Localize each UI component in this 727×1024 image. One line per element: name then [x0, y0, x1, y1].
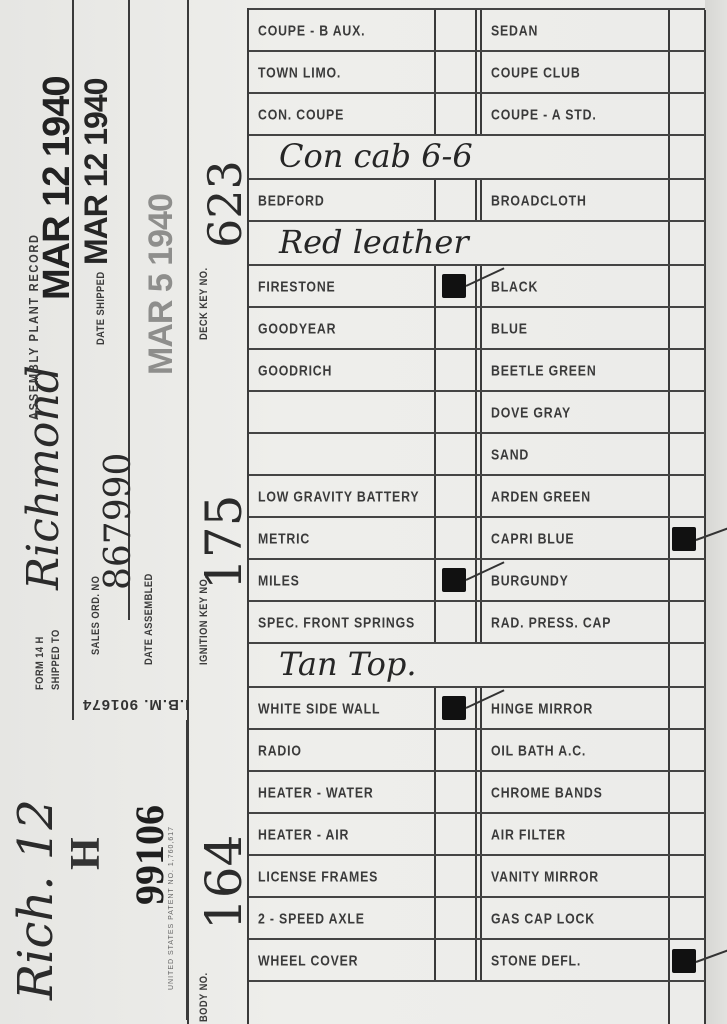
card-edge [705, 0, 727, 1024]
option-row: 2 - SPEED AXLEGAS CAP LOCK [249, 896, 705, 940]
option-label-left: COUPE - B AUX. [258, 23, 365, 40]
option-label-right: CAPRI BLUE [491, 531, 574, 548]
handwritten-plant-code: Rich. 12 [8, 799, 64, 1000]
column-rule [480, 266, 482, 308]
handwritten-row: Tan Top. [249, 642, 705, 688]
option-row: LOW GRAVITY BATTERYARDEN GREEN [249, 474, 705, 518]
column-rule [475, 688, 477, 730]
column-rule [480, 602, 482, 644]
column-rule [480, 180, 482, 222]
column-rule [480, 688, 482, 730]
column-rule [668, 136, 670, 180]
option-checkbox-right[interactable] [670, 434, 705, 476]
column-rule [480, 94, 482, 136]
column-rule [704, 222, 706, 266]
option-checkbox-left[interactable] [436, 814, 475, 856]
option-checkbox-right[interactable] [670, 308, 705, 350]
option-row: FIRESTONEBLACK [249, 264, 705, 308]
column-rule [668, 392, 670, 434]
option-label-right: COUPE - A STD. [491, 107, 597, 124]
option-checkbox-left[interactable] [436, 772, 475, 814]
option-checkbox-left[interactable] [436, 392, 475, 434]
deck-key-value: 623 [198, 160, 252, 248]
column-rule [480, 772, 482, 814]
option-label-right: CHROME BANDS [491, 785, 603, 802]
option-label-left: TOWN LIMO. [258, 65, 341, 82]
column-rule [475, 350, 477, 392]
option-label-right: ARDEN GREEN [491, 489, 591, 506]
column-rule [704, 350, 706, 392]
column-rule [704, 52, 706, 94]
option-checkbox-right[interactable] [670, 94, 705, 136]
column-rule [668, 180, 670, 222]
option-label-left: GOODYEAR [258, 321, 336, 338]
option-checkbox-left[interactable] [436, 602, 475, 644]
option-row: GOODYEARBLUE [249, 306, 705, 350]
column-rule [480, 814, 482, 856]
column-rule [704, 644, 706, 688]
date-shipped-label: DATE SHIPPED [95, 271, 107, 345]
series-letter: H [62, 838, 110, 870]
column-rule [704, 898, 706, 940]
option-checkbox-right[interactable] [670, 730, 705, 772]
option-checkbox-left[interactable] [436, 350, 475, 392]
option-checkbox-left[interactable] [436, 688, 475, 730]
option-checkbox-right[interactable] [670, 518, 705, 560]
column-rule [480, 730, 482, 772]
column-rule [704, 94, 706, 136]
column-rule [704, 940, 706, 982]
column-rule [704, 982, 706, 1024]
option-label-left: METRIC [258, 531, 310, 548]
column-rule [475, 602, 477, 644]
option-label-left: CON. COUPE [258, 107, 344, 124]
option-checkbox-right[interactable] [670, 688, 705, 730]
column-rule [704, 10, 706, 52]
option-label-right: BLACK [491, 279, 538, 296]
option-label-right: BLUE [491, 321, 528, 338]
body-no-label: BODY NO. [198, 973, 210, 1022]
handwritten-row: Con cab 6-6 [249, 134, 705, 180]
column-rule [480, 940, 482, 982]
option-checkbox-left[interactable] [436, 434, 475, 476]
column-rule [475, 814, 477, 856]
option-checkbox-left[interactable] [436, 730, 475, 772]
form-number-label: FORM 14 H [34, 636, 46, 690]
option-label-right: BROADCLOTH [491, 193, 587, 210]
date-assembled-stamp: MAR 5 1940 [142, 194, 181, 375]
column-rule [668, 982, 670, 1024]
column-rule [475, 266, 477, 308]
option-checkbox-right[interactable] [670, 180, 705, 222]
deck-key-label: DECK KEY NO. [198, 268, 210, 340]
option-row: HEATER - WATERCHROME BANDS [249, 770, 705, 814]
column-rule [475, 476, 477, 518]
column-rule [475, 730, 477, 772]
option-checkbox-right[interactable] [670, 602, 705, 644]
column-rule [704, 434, 706, 476]
column-rule [668, 560, 670, 602]
option-row: WHITE SIDE WALLHINGE MIRROR [249, 686, 705, 730]
option-label-right: DOVE GRAY [491, 405, 571, 422]
option-row: CON. COUPECOUPE - A STD. [249, 92, 705, 136]
column-rule [475, 940, 477, 982]
option-row: MILESBURGUNDY [249, 558, 705, 602]
column-rule [475, 898, 477, 940]
column-rule [704, 814, 706, 856]
option-checkbox-right[interactable] [670, 940, 705, 982]
option-row: RADIOOIL BATH A.C. [249, 728, 705, 772]
option-checkbox-right[interactable] [670, 52, 705, 94]
option-checkbox-right[interactable] [670, 476, 705, 518]
ignition-key-value: 175 [195, 495, 253, 590]
option-checkbox-left[interactable] [436, 180, 475, 222]
column-rule [668, 940, 670, 982]
option-checkbox-left[interactable] [436, 940, 475, 982]
option-label-right: GAS CAP LOCK [491, 911, 595, 928]
option-label-right: OIL BATH A.C. [491, 743, 586, 760]
check-mark-icon [442, 274, 466, 298]
check-mark-icon [442, 568, 466, 592]
column-rule [480, 52, 482, 94]
column-rule [475, 772, 477, 814]
column-rule [668, 602, 670, 644]
option-checkbox-left[interactable] [436, 856, 475, 898]
ibm-number: I.B.M. 901674 [82, 696, 189, 713]
column-rule [668, 52, 670, 94]
option-label-right: SEDAN [491, 23, 538, 40]
option-checkbox-left[interactable] [436, 266, 475, 308]
column-rule [475, 856, 477, 898]
option-checkbox-left[interactable] [436, 308, 475, 350]
column-rule [704, 560, 706, 602]
option-label-left: FIRESTONE [258, 279, 336, 296]
column-rule [668, 10, 670, 52]
check-mark-icon [672, 527, 696, 551]
option-row: GOODRICHBEETLE GREEN [249, 348, 705, 392]
shipped-to-label: SHIPPED TO [50, 629, 62, 690]
column-rule [480, 560, 482, 602]
column-rule [704, 730, 706, 772]
option-label-left: HEATER - WATER [258, 785, 374, 802]
check-mark-icon [442, 696, 466, 720]
option-checkbox-right[interactable] [670, 898, 705, 940]
option-checkbox-left[interactable] [436, 898, 475, 940]
sales-order-value: 867990 [98, 453, 139, 590]
column-rule [475, 180, 477, 222]
column-rule [668, 308, 670, 350]
column-rule [668, 94, 670, 136]
column-rule [668, 222, 670, 266]
column-rule [475, 518, 477, 560]
option-checkbox-right[interactable] [670, 10, 705, 52]
column-rule [480, 856, 482, 898]
handwritten-note: Red leather [279, 223, 469, 261]
column-rule [668, 266, 670, 308]
option-label-right: BEETLE GREEN [491, 363, 597, 380]
column-rule [475, 94, 477, 136]
date-assembled-label: DATE ASSEMBLED [143, 573, 155, 665]
option-checkbox-right[interactable] [670, 560, 705, 602]
column-rule [668, 434, 670, 476]
option-row: COUPE - B AUX.SEDAN [249, 8, 705, 52]
option-row: TOWN LIMO.COUPE CLUB [249, 50, 705, 94]
column-rule [668, 772, 670, 814]
column-rule [480, 350, 482, 392]
option-label-right: BURGUNDY [491, 573, 569, 590]
option-row: LICENSE FRAMESVANITY MIRROR [249, 854, 705, 898]
option-checkbox-right[interactable] [670, 266, 705, 308]
option-label-left: LICENSE FRAMES [258, 869, 378, 886]
option-checkbox-right[interactable] [670, 772, 705, 814]
column-rule [475, 308, 477, 350]
option-label-left: WHEEL COVER [258, 953, 358, 970]
option-row: DOVE GRAY [249, 390, 705, 434]
option-row: WHEEL COVERSTONE DEFL. [249, 938, 705, 982]
column-rule [475, 392, 477, 434]
option-row: HEATER - AIRAIR FILTER [249, 812, 705, 856]
column-rule [480, 392, 482, 434]
column-rule [668, 730, 670, 772]
option-checkbox-right[interactable] [670, 350, 705, 392]
column-rule [704, 136, 706, 180]
column-rule [668, 688, 670, 730]
option-label-right: AIR FILTER [491, 827, 566, 844]
option-checkbox-left[interactable] [436, 52, 475, 94]
column-rule [704, 392, 706, 434]
column-rule [704, 518, 706, 560]
option-checkbox-right[interactable] [670, 814, 705, 856]
option-label-left: BEDFORD [258, 193, 325, 210]
option-label-right: COUPE CLUB [491, 65, 581, 82]
body-no-value: 164 [195, 835, 253, 930]
handwritten-note: Con cab 6-6 [279, 137, 473, 175]
column-rule [704, 772, 706, 814]
column-rule [704, 856, 706, 898]
option-label-right: HINGE MIRROR [491, 701, 593, 718]
option-row: BEDFORDBROADCLOTH [249, 178, 705, 222]
option-label-right: RAD. PRESS. CAP [491, 615, 611, 632]
column-rule [668, 350, 670, 392]
column-rule [704, 602, 706, 644]
column-rule [704, 266, 706, 308]
option-label-left: WHITE SIDE WALL [258, 701, 380, 718]
option-checkbox-right[interactable] [670, 392, 705, 434]
serial-number: 99106 [126, 805, 173, 905]
option-label-left: GOODRICH [258, 363, 332, 380]
column-rule [668, 898, 670, 940]
column-rule [668, 476, 670, 518]
column-rule [480, 518, 482, 560]
option-label-left: 2 - SPEED AXLE [258, 911, 365, 928]
patent-text: UNITED STATES PATENT NO. 1,760,617 [168, 826, 175, 990]
column-rule [668, 644, 670, 688]
column-rule [475, 434, 477, 476]
option-row: SAND [249, 432, 705, 476]
column-rule [480, 476, 482, 518]
date-shipped-stamp-2: MAR 12 1940 [78, 79, 115, 265]
blank-row [249, 980, 705, 1024]
option-checkbox-left[interactable] [436, 518, 475, 560]
option-label-left: MILES [258, 573, 300, 590]
option-checkbox-left[interactable] [436, 94, 475, 136]
option-label-left: RADIO [258, 743, 302, 760]
option-label-right: SAND [491, 447, 529, 464]
option-checkbox-left[interactable] [436, 560, 475, 602]
column-rule [668, 518, 670, 560]
option-label-right: VANITY MIRROR [491, 869, 599, 886]
column-rule [704, 476, 706, 518]
column-rule [480, 898, 482, 940]
handwritten-row: Red leather [249, 220, 705, 266]
column-rule [475, 560, 477, 602]
column-rule [668, 856, 670, 898]
column-rule [480, 434, 482, 476]
check-mark-icon [672, 949, 696, 973]
option-label-left: LOW GRAVITY BATTERY [258, 489, 419, 506]
rule-line [186, 720, 188, 1020]
options-table: COUPE - B AUX.SEDANTOWN LIMO.COUPE CLUBC… [247, 8, 705, 1024]
option-checkbox-left[interactable] [436, 476, 475, 518]
option-row: METRICCAPRI BLUE [249, 516, 705, 560]
date-shipped-stamp: MAR 12 1940 [36, 77, 79, 300]
option-label-left: SPEC. FRONT SPRINGS [258, 615, 415, 632]
option-label-left: HEATER - AIR [258, 827, 349, 844]
column-rule [704, 308, 706, 350]
column-rule [704, 688, 706, 730]
option-label-right: STONE DEFL. [491, 953, 581, 970]
column-rule [475, 10, 477, 52]
column-rule [480, 10, 482, 52]
option-checkbox-right[interactable] [670, 856, 705, 898]
option-checkbox-left[interactable] [436, 10, 475, 52]
column-rule [480, 308, 482, 350]
handwritten-note: Tan Top. [279, 645, 417, 683]
column-rule [475, 52, 477, 94]
column-rule [704, 180, 706, 222]
column-rule [668, 814, 670, 856]
option-row: SPEC. FRONT SPRINGSRAD. PRESS. CAP [249, 600, 705, 644]
